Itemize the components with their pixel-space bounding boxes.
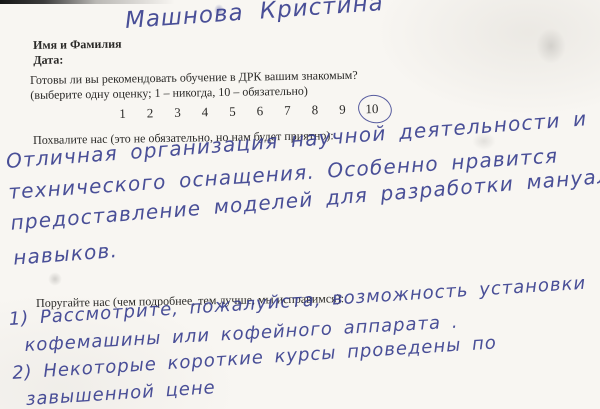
rating-option-8: 8 bbox=[310, 102, 319, 118]
name-field-label: Имя и Фамилия bbox=[33, 37, 122, 53]
criticism-handwritten-answer: 1) Рассмотрите, пожалуйста, возможность … bbox=[8, 270, 592, 409]
recommend-question-block: Готовы ли вы рекомендовать обучение в ДР… bbox=[30, 66, 490, 103]
rating-option-3: 3 bbox=[173, 105, 182, 121]
rating-option-10-selected: 10 bbox=[365, 101, 374, 117]
praise-handwritten-answer: Отличная организация научной деятельност… bbox=[5, 98, 600, 274]
rating-option-6: 6 bbox=[255, 103, 264, 119]
handwritten-name-value: Машнова Кристина bbox=[124, 0, 384, 34]
scanned-feedback-form: Машнова Кристина Имя и Фамилия Дата: Гот… bbox=[0, 0, 600, 409]
rating-option-9: 9 bbox=[338, 102, 347, 118]
scan-edge-artifact bbox=[0, 0, 175, 4]
rating-option-1: 1 bbox=[118, 106, 127, 122]
rating-scale: 1 2 3 4 5 6 7 8 9 10 bbox=[118, 101, 375, 122]
rating-option-5: 5 bbox=[228, 104, 237, 120]
date-field-label: Дата: bbox=[33, 52, 122, 68]
rating-option-4: 4 bbox=[200, 104, 209, 120]
header-labels: Имя и Фамилия Дата: bbox=[33, 37, 122, 68]
rating-option-7: 7 bbox=[283, 103, 292, 119]
rating-option-2: 2 bbox=[145, 105, 154, 121]
scan-smudge bbox=[536, 28, 566, 64]
scan-smudge bbox=[48, 272, 62, 286]
